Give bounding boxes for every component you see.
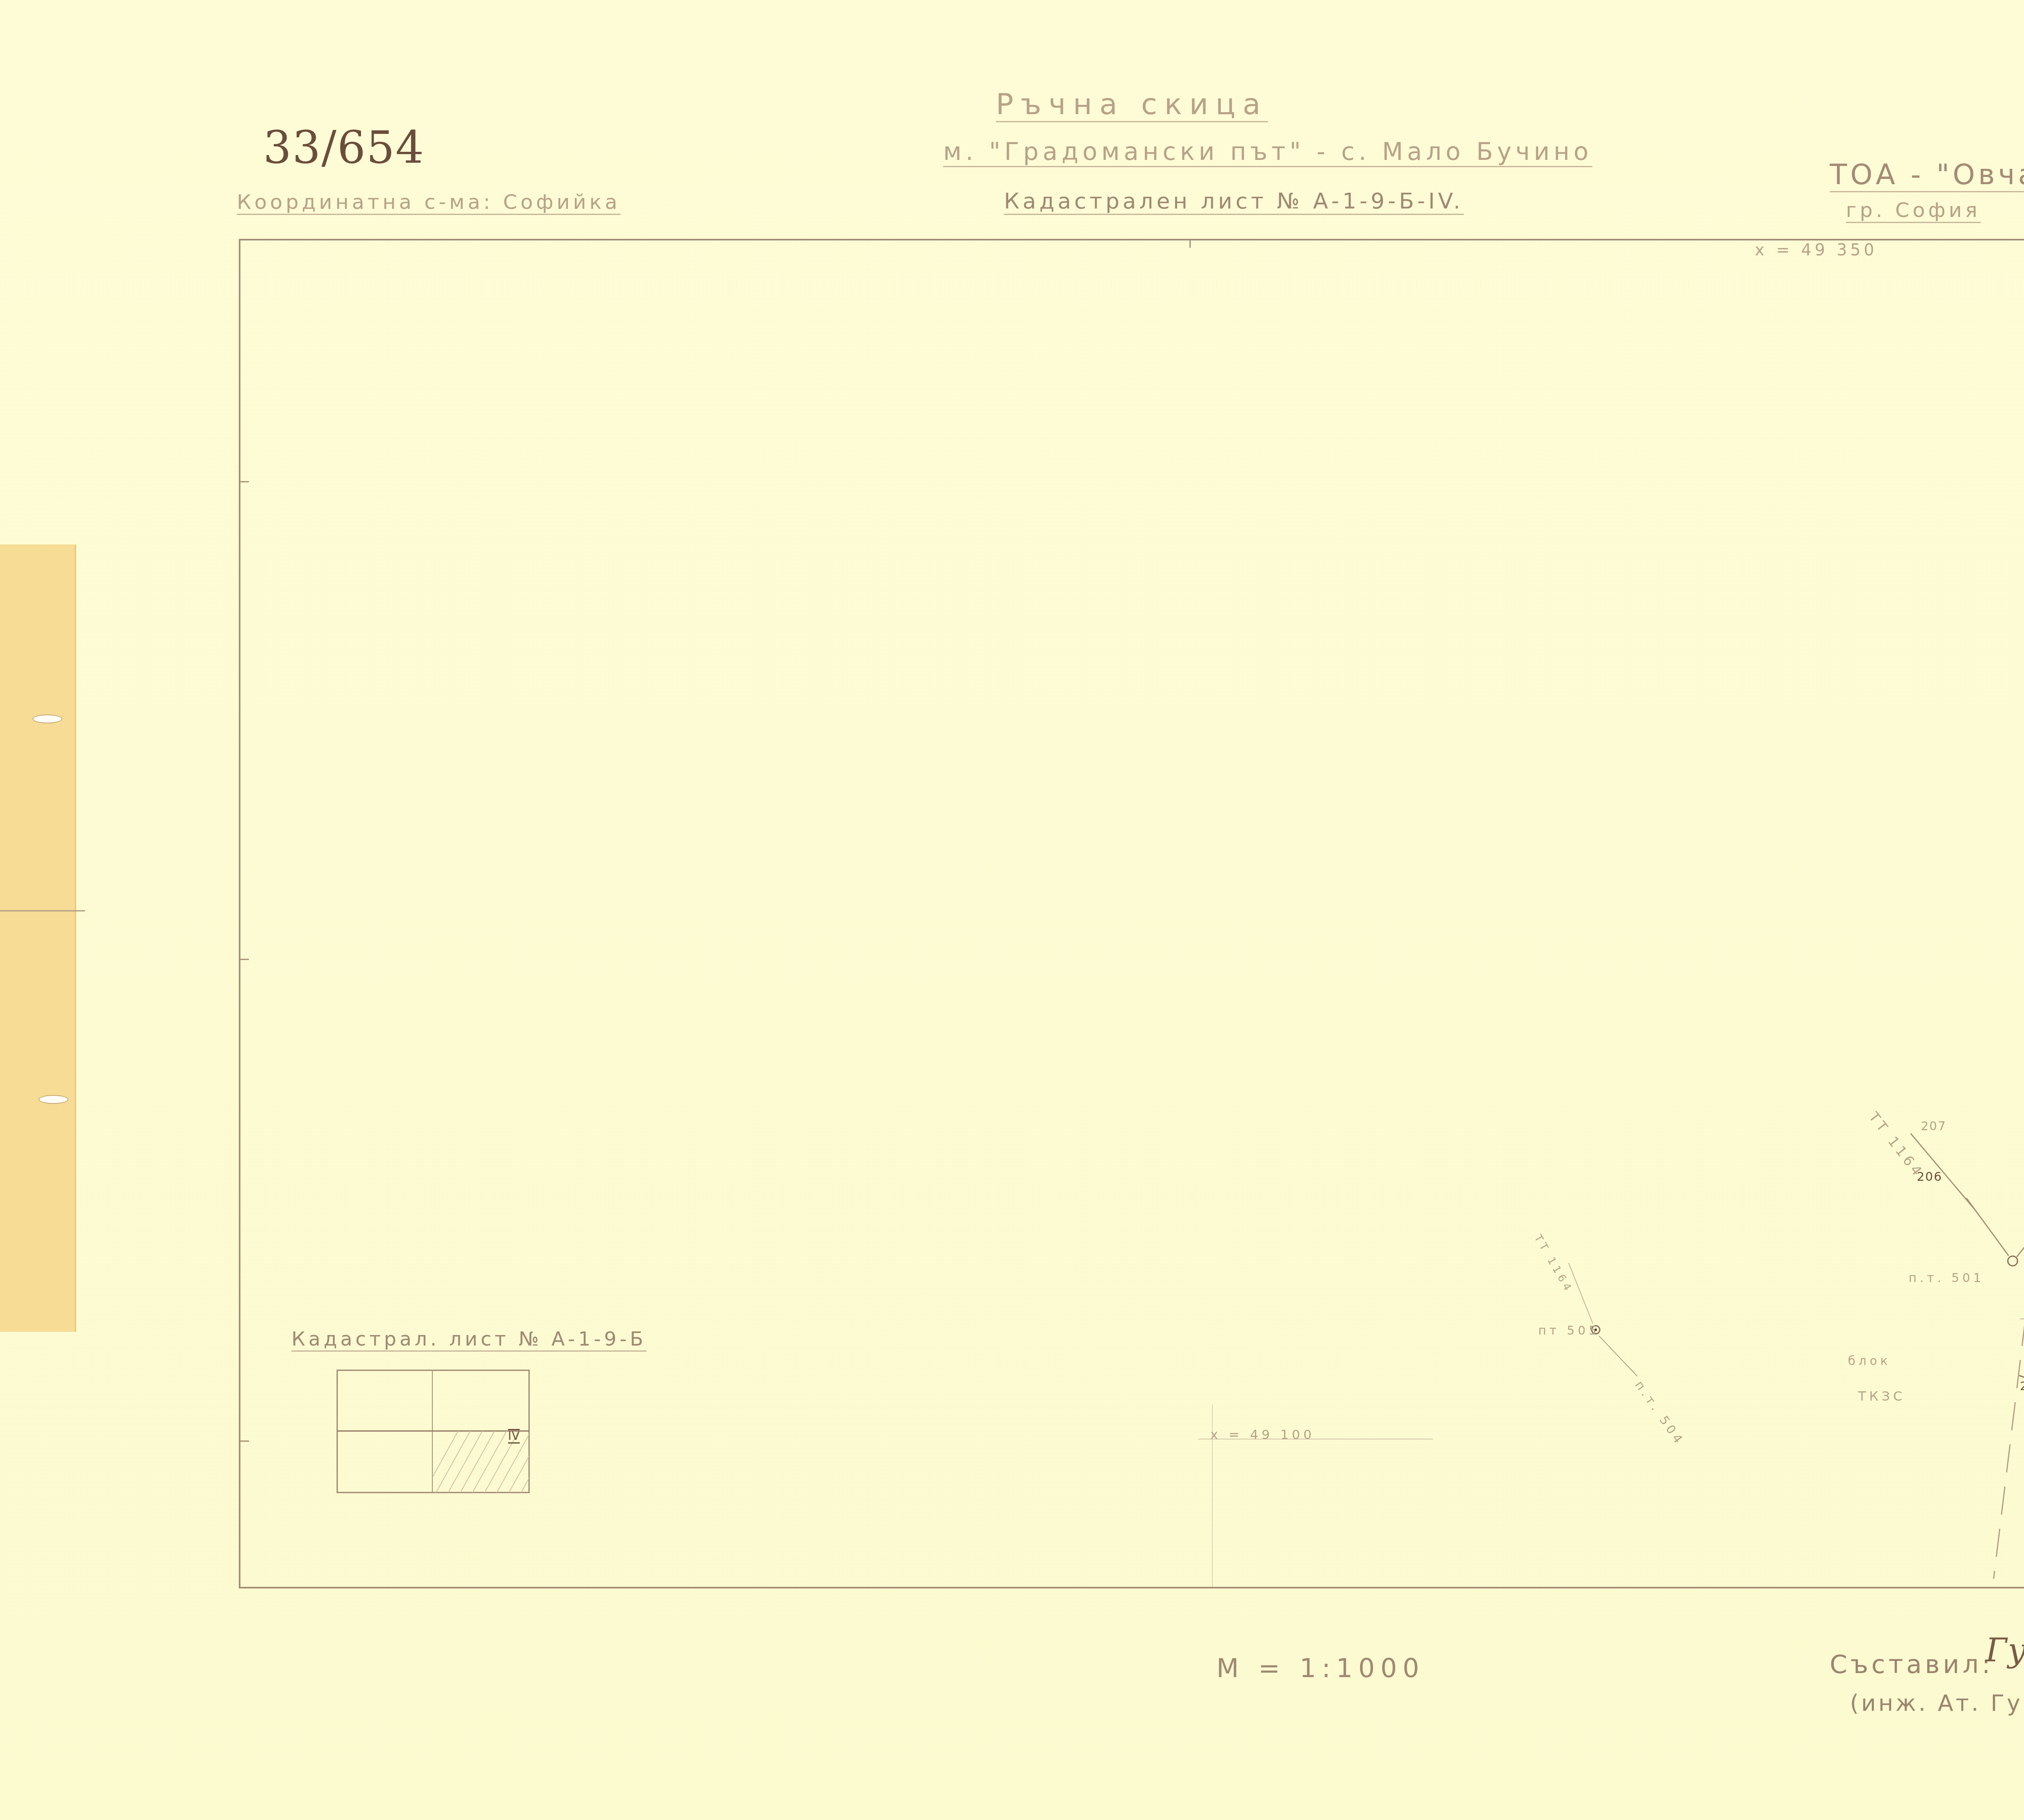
scale-label: М = 1:1000: [1216, 1654, 1425, 1684]
city-label: гр. София: [1846, 198, 1981, 223]
grid-coordinate-bottom: x = 49 100: [1210, 1427, 1315, 1442]
survey-point-label: пт 505: [1538, 1324, 1600, 1338]
tkzs-label: ТКЗС: [1858, 1388, 1905, 1404]
point-number: 206: [1917, 1170, 1942, 1184]
inset-sheet-index: [337, 1370, 559, 1498]
block-label: блок: [1848, 1354, 1891, 1368]
compiler-name: (инж. Ат. Гурев): [1850, 1690, 2024, 1716]
inset-title: Кадастрал. лист № А-1-9-Б: [291, 1328, 646, 1352]
compiled-by-label: Съставил:: [1830, 1650, 1994, 1679]
locality-label: м. "Градомански път" - с. Мало Бучино: [943, 138, 1592, 167]
map-frame: [240, 240, 2024, 1588]
signature: Гурев: [1986, 1631, 2024, 1669]
point-number: 207: [1921, 1119, 1946, 1133]
grid-coordinate-top: x = 49 350: [1755, 241, 1877, 259]
cadastral-sheet-label: Кадастрален лист № А-1-9-Б-IV.: [1004, 188, 1464, 215]
file-number: 33/654: [263, 121, 425, 173]
survey-station-icon: [2008, 1256, 2018, 1266]
point-number: 205: [2020, 1380, 2024, 1393]
map-drawing: [0, 0, 2024, 1820]
sketch-title: Ръчна скица: [996, 87, 1268, 122]
coordinate-system-label: Координатна с-ма: Софийка: [237, 190, 621, 215]
highlighted-quadrant-label: IV: [508, 1429, 520, 1444]
survey-point-label: п.т. 501: [1909, 1271, 1984, 1285]
office-label: ТОА - "Овча купел": [1830, 158, 2024, 192]
